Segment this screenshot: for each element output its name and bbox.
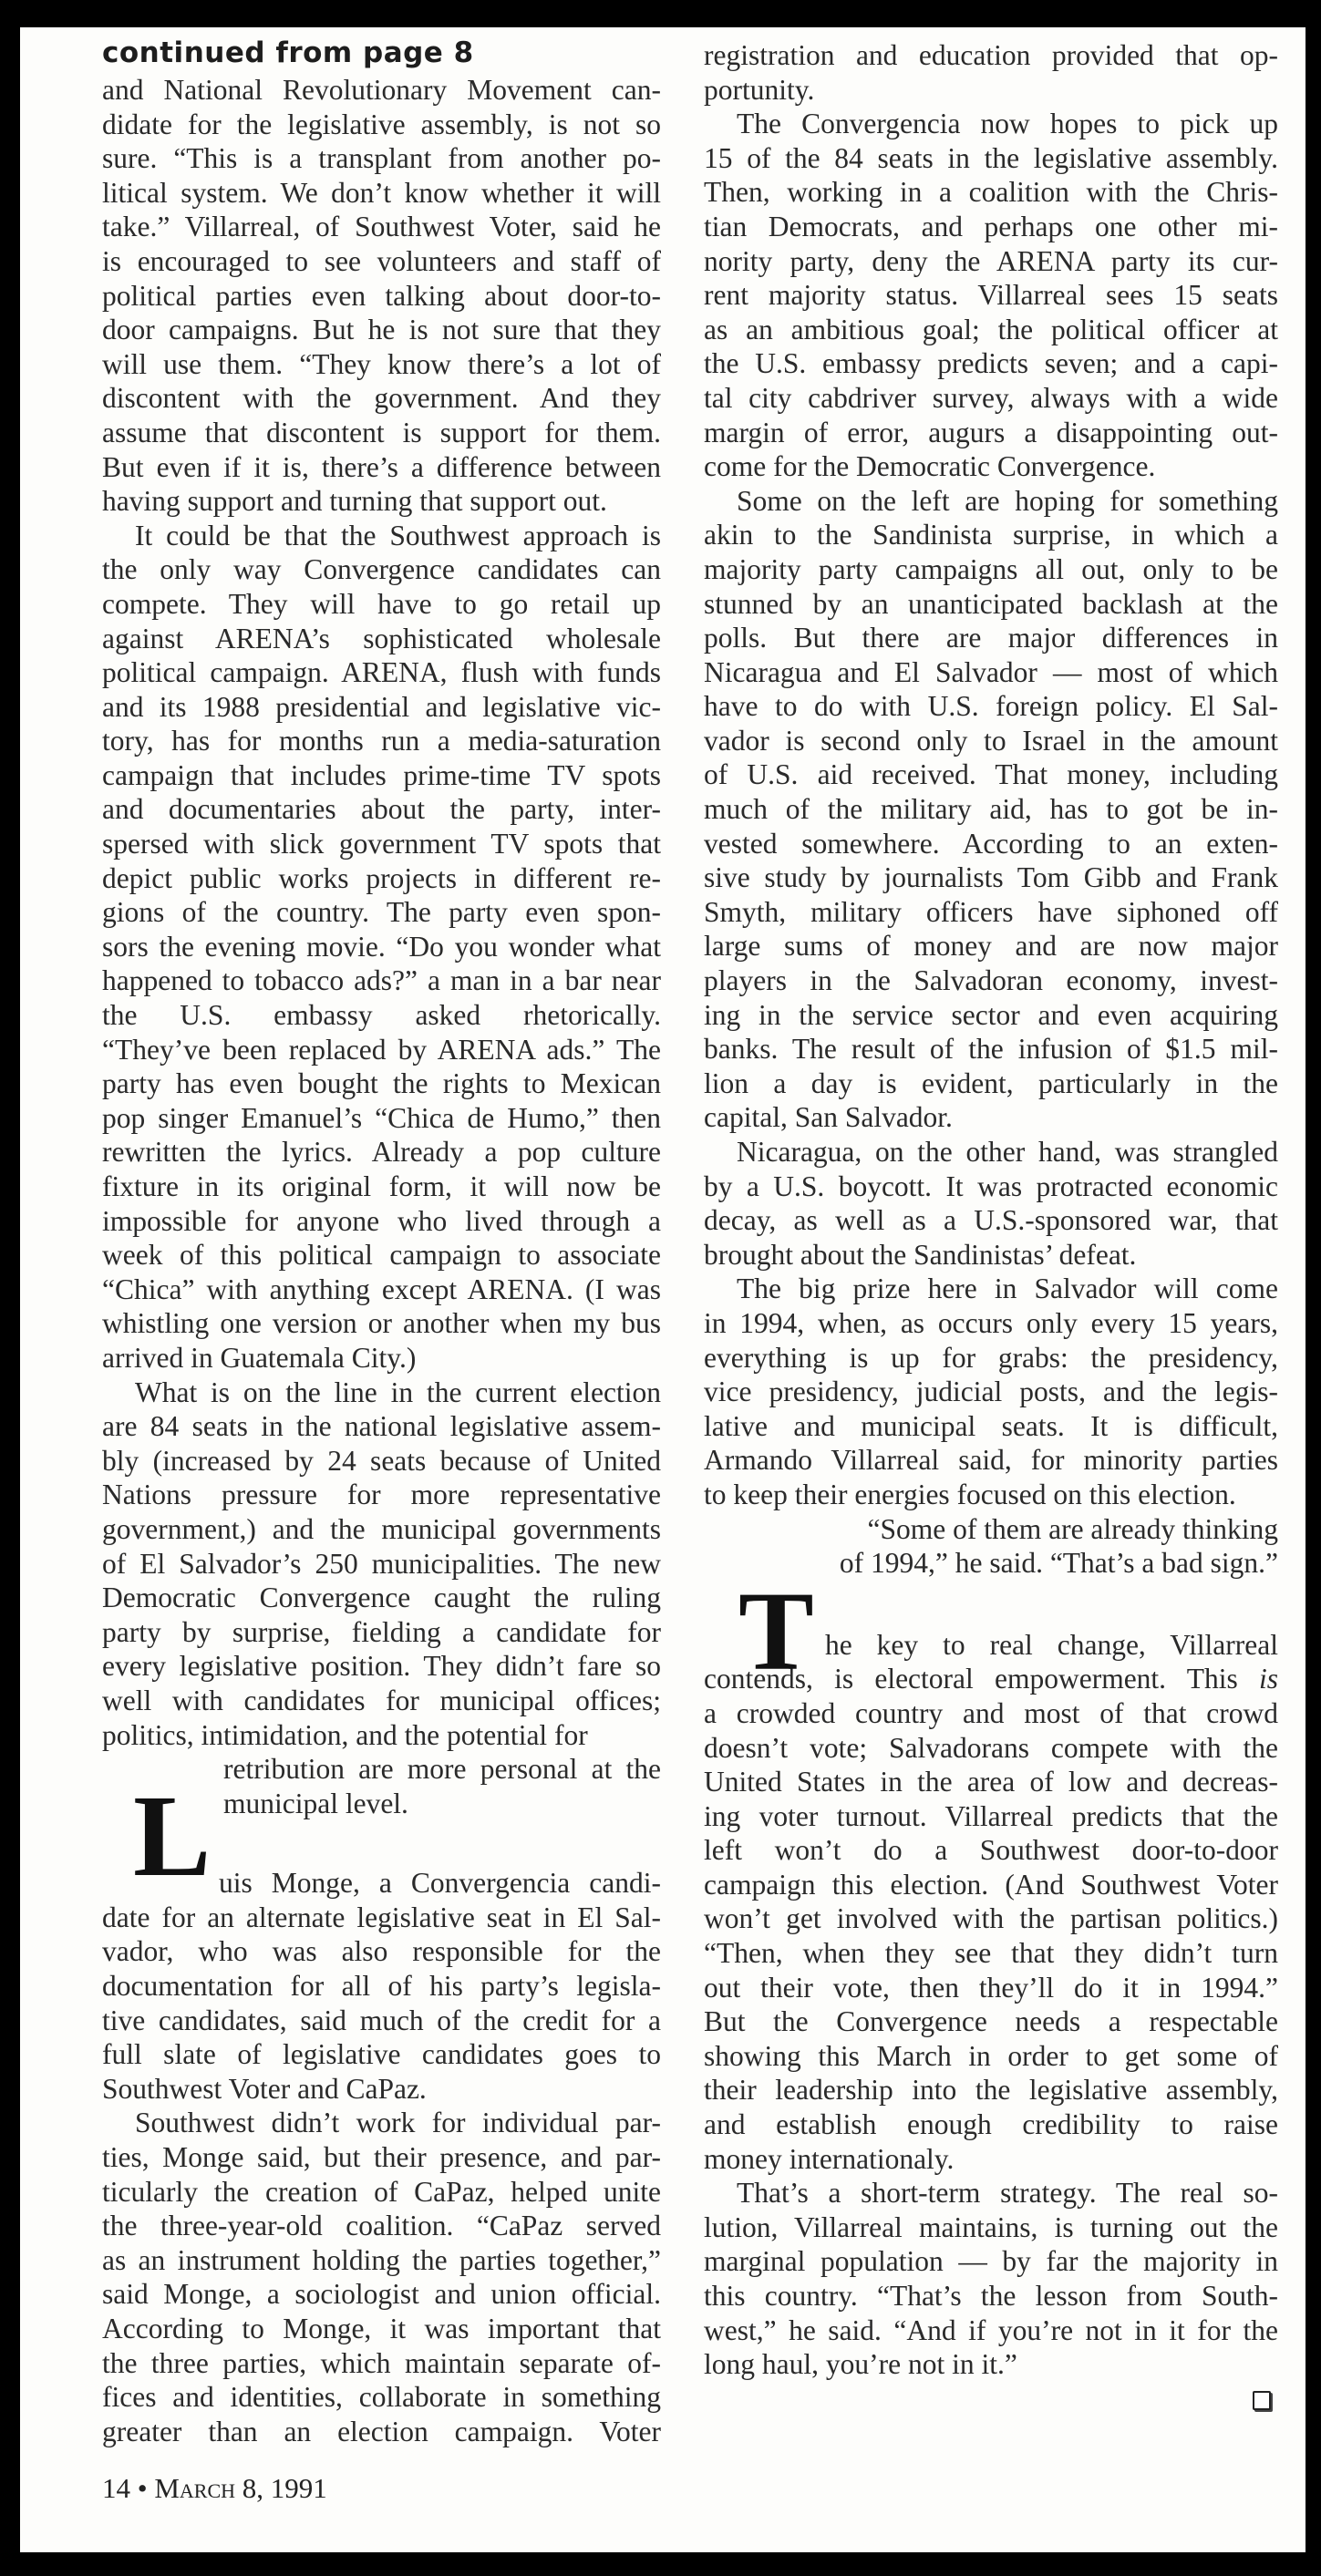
text-line: nority party, deny the ARENA party its c… [704,244,1278,279]
article-column-right: registration and education provided that… [704,38,1278,2382]
continued-from-label: continued from page 8 [102,36,474,69]
text-line: much of the military aid, has to got be … [704,792,1278,827]
text-line: players in the Salvadoran economy, inves… [704,963,1278,998]
text-line: majority party campaigns all out, only t… [704,552,1278,587]
text-line: of U.S. aid received. That money, includ… [704,757,1278,792]
text-line: as an instrument holding the parties tog… [102,2243,661,2278]
text-line: stunned by an unanticipated backlash at … [704,587,1278,622]
text-line: against ARENA’s sophisticated wholesale [102,622,661,656]
text-line: Some on the left are hoping for somethin… [704,484,1278,519]
emphasis: is [1259,1663,1278,1695]
text-line: party has even bought the rights to Mexi… [102,1066,661,1101]
text-line: as an ambitious goal; the political offi… [704,313,1278,347]
text-line: didate for the legislative assembly, is … [102,108,661,142]
text-line: and documentaries about the party, inter… [102,792,661,827]
text-line: happened to tobacco ads?” a man in a bar… [102,963,661,998]
text-line: said Monge, a sociologist and union offi… [102,2277,661,2312]
text-line: Nations pressure for more representative [102,1478,661,1512]
text-line: “Chica” with anything except ARENA. (I w… [102,1273,661,1307]
issue-date: March 8, 1991 [154,2472,326,2504]
text-line: According to Monge, it was important tha… [102,2312,661,2346]
text-line: having support and turning that support … [102,484,661,519]
text-line: lution, Villarreal maintains, is turning… [704,2210,1278,2245]
text-line: portunity. [704,73,1278,108]
text-line: arrived in Guatemala City.) [102,1341,661,1376]
text-line: Smyth, military officers have siphoned o… [704,895,1278,930]
text-line: money internationaly. [704,2142,1278,2177]
text-line: full slate of legislative candidates goe… [102,2037,661,2072]
text-line: The big prize here in Salvador will come [704,1272,1278,1306]
footer-separator: • [138,2472,148,2504]
end-of-article-box-icon [1253,2391,1271,2410]
text-line: banks. The result of the infusion of $1.… [704,1032,1278,1066]
text-line: left won’t do a Southwest door-to-door [704,1833,1278,1868]
text-line: their leadership into the legislative as… [704,2073,1278,2107]
text-line: tian Democrats, and perhaps one other mi… [704,210,1278,244]
text-line: That’s a short-term strategy. The real s… [704,2176,1278,2210]
text-line: door campaigns. But he is not sure that … [102,313,661,347]
text-line: tory, has for months run a media-saturat… [102,724,661,758]
text-line: fices and identities, collaborate in som… [102,2380,661,2415]
text-line: come for the Democratic Convergence. [704,449,1278,484]
text-line: polls. But there are major differences i… [704,621,1278,655]
text-line: and its 1988 presidential and legislativ… [102,690,661,725]
text-line: the U.S. embassy predicts seven; and a c… [704,346,1278,381]
text-line: vador, who was also responsible for the [102,1934,661,1969]
text-line: government,) and the municipal governmen… [102,1512,661,1547]
text-line: Armando Villarreal said, for minority pa… [704,1443,1278,1478]
text-line: by a U.S. boycott. It was protracted eco… [704,1170,1278,1204]
text-line: campaign that includes prime-time TV spo… [102,758,661,793]
text-line: large sums of money and are now major [704,929,1278,963]
text-line: to keep their energies focused on this e… [704,1478,1278,1512]
text-line: are 84 seats in the national legislative… [102,1409,661,1444]
text-line: marginal population — by far the majorit… [704,2244,1278,2279]
text-line: campaign this election. (And Southwest V… [704,1868,1278,1902]
text-line: bly (increased by 24 seats because of Un… [102,1444,661,1479]
text-line: political parties even talking about doo… [102,279,661,314]
text-line: showing this March in order to get some … [704,2039,1278,2074]
text-line: assume that discontent is support for th… [102,416,661,450]
text-line: pop singer Emanuel’s “Chica de Humo,” th… [102,1101,661,1136]
text-line: every legislative position. They didn’t … [102,1649,661,1684]
text-line: brought about the Sandinistas’ defeat. [704,1238,1278,1273]
text-line: gions of the country. The party even spo… [102,895,661,930]
text-line: take.” Villarreal, of Southwest Voter, s… [102,210,661,244]
text-line: vested somewhere. According to an exten- [704,827,1278,861]
text-line: discontent with the government. And they [102,381,661,416]
text-line: sors the evening movie. “Do you wonder w… [102,930,661,964]
text-line: a crowded country and most of that crowd [704,1696,1278,1731]
text-line: political campaign. ARENA, flush with fu… [102,655,661,690]
page-number: 14 [102,2472,130,2504]
text-line: week of this political campaign to assoc… [102,1238,661,1273]
text-line: fixture in its original form, it will no… [102,1170,661,1204]
text-line: tal city cabdriver survey, always with a… [704,381,1278,416]
text-line: the three parties, which maintain separa… [102,2346,661,2381]
article-column-left: and National Revolutionary Movement can-… [102,73,661,2448]
text-line: sure. “This is a transplant from another… [102,141,661,176]
text-line: the U.S. embassy asked rhetorically. [102,998,661,1033]
text-line: politics, intimidation, and the potentia… [102,1718,661,1753]
text-line: “Then, when they see that they didn’t tu… [704,1936,1278,1971]
drop-cap-t: T [738,1575,814,1688]
text-line: litical system. We don’t know whether it… [102,176,661,211]
text-line: margin of error, augurs a disappointing … [704,416,1278,450]
text-line: Southwest Voter and CaPaz. [102,2072,661,2107]
text-line: akin to the Sandinista surprise, in whic… [704,518,1278,552]
text-line: rewritten the lyrics. Already a pop cult… [102,1135,661,1170]
text-line: Southwest didn’t work for individual par… [102,2106,661,2140]
scan-edge-shadow [1306,2179,1321,2233]
text-line: will use them. “They know there’s a lot … [102,347,661,382]
text-line: ing in the service sector and even acqui… [704,998,1278,1033]
text-line: “They’ve been replaced by ARENA ads.” Th… [102,1033,661,1067]
text-line: decay, as well as a U.S.-sponsored war, … [704,1203,1278,1238]
text-line: sive study by journalists Tom Gibb and F… [704,860,1278,895]
text-line: everything is up for grabs: the presiden… [704,1341,1278,1376]
text-line: documentation for all of his party’s leg… [102,1969,661,2004]
text-line: What is on the line in the current elect… [102,1376,661,1410]
text-line: long haul, you’re not in it.” [704,2347,1278,2382]
text-line: spersed with slick government TV spots t… [102,827,661,861]
text-line: have to do with U.S. foreign policy. El … [704,689,1278,724]
text-line: party by surprise, fielding a candidate … [102,1615,661,1650]
text-line: ticularly the creation of CaPaz, helped … [102,2175,661,2210]
text-line: ing voter turnout. Villarreal predicts t… [704,1799,1278,1834]
text-line: It could be that the Southwest approach … [102,519,661,553]
text-line: 15 of the 84 seats in the legislative as… [704,141,1278,176]
text-line: impossible for anyone who lived through … [102,1204,661,1239]
text-line: greater than an election campaign. Voter [102,2415,661,2449]
text-line: west,” he said. “And if you’re not in it… [704,2313,1278,2348]
text-line: this country. “That’s the lesson from So… [704,2279,1278,2313]
text-line: Nicaragua, on the other hand, was strang… [704,1135,1278,1170]
drop-cap-l: L [133,1777,211,1894]
text-line: whistling one version or another when my… [102,1306,661,1341]
text-line: the only way Convergence candidates can [102,552,661,587]
text-line: The Convergencia now hopes to pick up [704,107,1278,141]
text-line: lative and municipal seats. It is diffic… [704,1409,1278,1444]
text-line: But even if it is, there’s a difference … [102,450,661,485]
text-line: the three-year-old coalition. “CaPaz ser… [102,2209,661,2243]
text-line: depict public works projects in differen… [102,861,661,896]
text-line: Then, working in a coalition with the Ch… [704,175,1278,210]
text-line: doesn’t vote; Salvadorans compete with t… [704,1731,1278,1766]
text-line: rent majority status. Villarreal sees 15… [704,278,1278,313]
text-line: of El Salvador’s 250 municipalities. The… [102,1547,661,1582]
text-line: well with candidates for municipal offic… [102,1684,661,1718]
text-line: lion a day is evident, particularly in t… [704,1066,1278,1101]
text-line: “Some of them are already thinking [704,1512,1278,1547]
text-line: Nicaragua and El Salvador — most of whic… [704,655,1278,690]
text-line: and establish enough credibility to rais… [704,2107,1278,2142]
text-line: registration and education provided that… [704,38,1278,73]
text-line: is encouraged to see volunteers and staf… [102,244,661,279]
text-line: ties, Monge said, but their presence, an… [102,2140,661,2175]
text-line: in 1994, when, as occurs only every 15 y… [704,1306,1278,1341]
text-line: and National Revolutionary Movement can- [102,73,661,108]
text-line: Democratic Convergence caught the ruling [102,1581,661,1615]
text-line: won’t get involved with the partisan pol… [704,1901,1278,1936]
text-line: compete. They will have to go retail up [102,587,661,622]
text-line: But the Convergence needs a respectable [704,2004,1278,2039]
text-line: date for an alternate legislative seat i… [102,1901,661,1935]
text-line: out their vote, then they’ll do it in 19… [704,1971,1278,2005]
text-line: vador is second only to Israel in the am… [704,724,1278,758]
text-line: United States in the area of low and dec… [704,1765,1278,1799]
text-line: tive candidates, said much of the credit… [102,2004,661,2038]
text-line: vice presidency, judicial posts, and the… [704,1375,1278,1409]
page-footer: 14 • March 8, 1991 [102,2472,327,2505]
text-line: capital, San Salvador. [704,1100,1278,1135]
